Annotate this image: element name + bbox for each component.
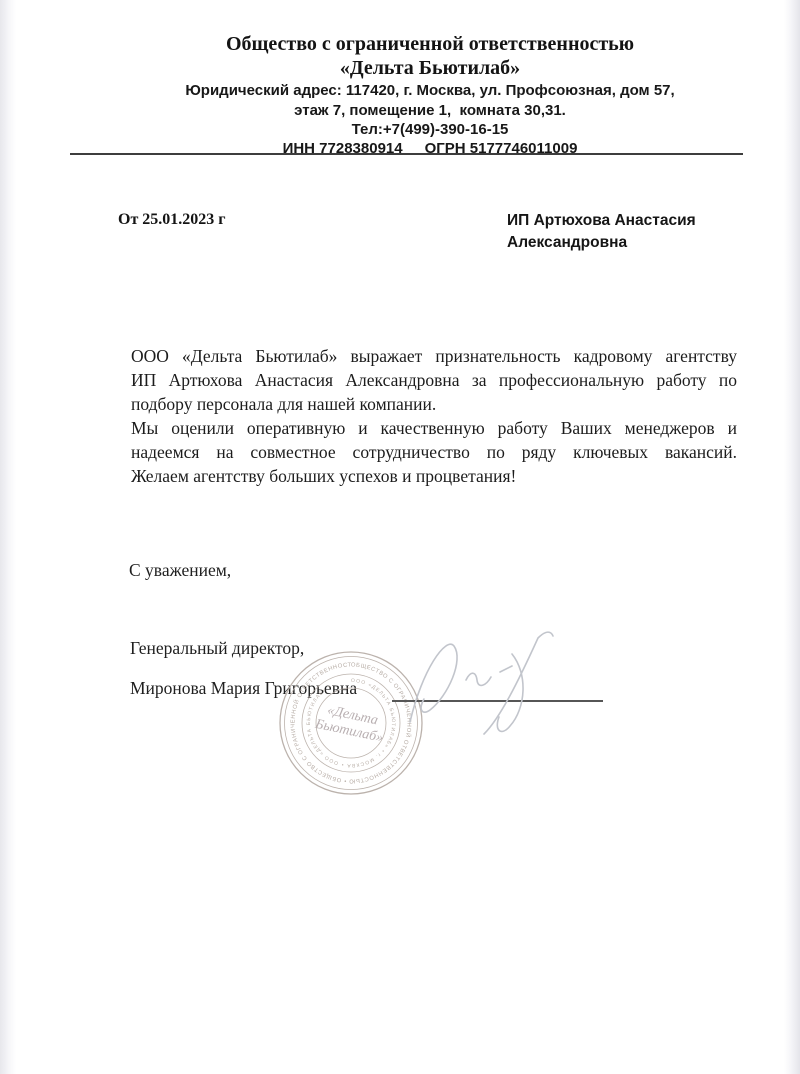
header-divider [70,153,743,155]
registration-line: ИНН 7728380914ОГРН 5177746011009 [60,139,800,159]
page-edge-shadow-right [784,0,800,1074]
address-line-2: этаж 7, помещение 1, комната 30,31. [60,101,800,121]
stamp-center-text: «Дельта Бьютилаб» [313,701,388,746]
org-type-line: Общество с ограниченной ответственностью [60,32,800,56]
signature-scribble-icon [388,622,613,740]
phone-line: Тел:+7(499)-390-16-15 [60,120,800,140]
letter-body: ООО «Дельта Бьютилаб» выражает признател… [131,344,737,488]
letter-page: { "letterhead": { "org_type": "Общество … [0,0,800,1074]
org-name-line: «Дельта Бьютилаб» [60,56,800,80]
body-line: ИП Артюхова Анастасия Александровна за п… [131,368,737,392]
recipient-block: ИП Артюхова Анастасия Александровна [507,210,707,254]
body-line: подбору персонала для нашей компании. [131,392,737,416]
body-line: надеемся на совместное сотрудничество по… [131,440,737,464]
address-line-1: Юридический адрес: 117420, г. Москва, ул… [60,81,800,101]
body-line: Желаем агентству больших успехов и процв… [131,464,737,488]
body-line: Мы оценили оперативную и качественную ра… [131,416,737,440]
salutation: С уважением, [129,560,231,581]
body-line: ООО «Дельта Бьютилаб» выражает признател… [131,344,737,368]
page-edge-shadow-left [0,0,16,1074]
date-line: От 25.01.2023 г [118,211,226,229]
